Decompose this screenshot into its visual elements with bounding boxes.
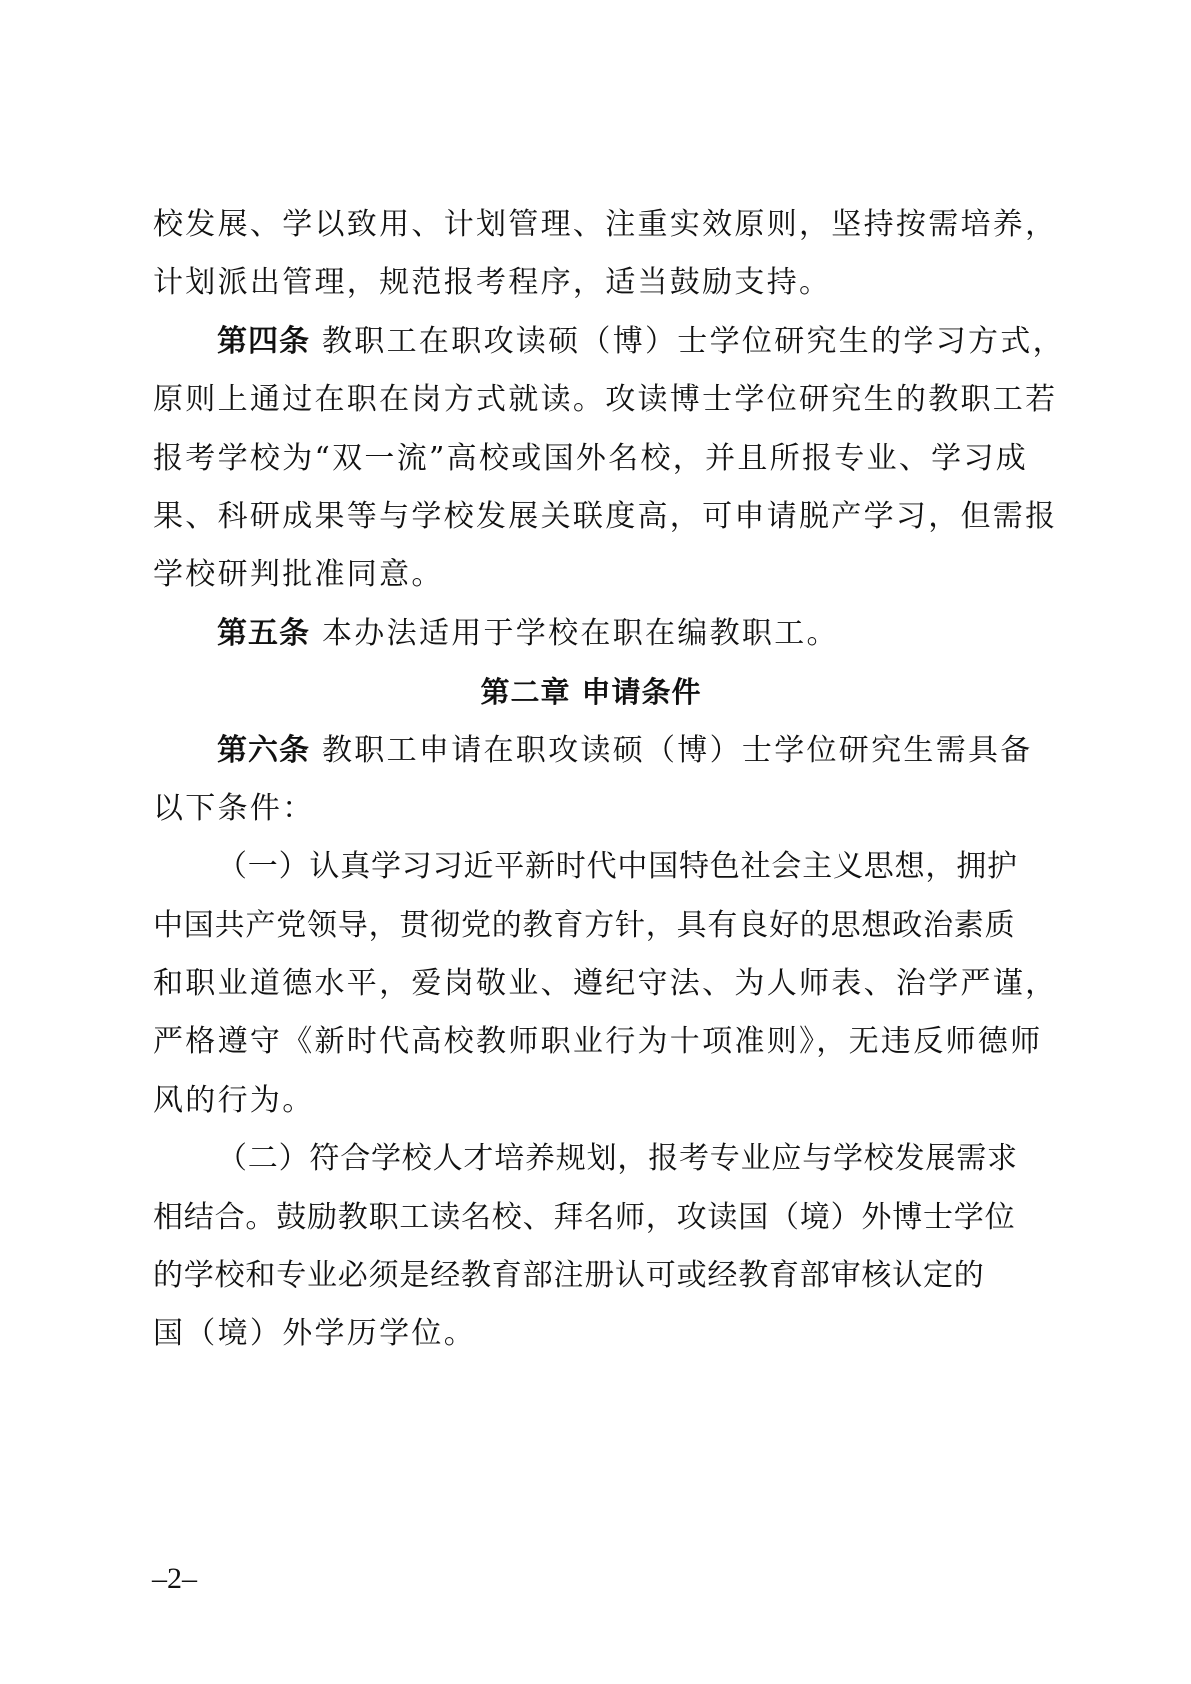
paragraph-line: 果、科研成果等与学校发展关联度高，可申请脱产学习，但需报 [153,488,1033,546]
paragraph-line: 中国共产党领导，贯彻党的教育方针，具有良好的思想政治素质 [153,897,1033,955]
list-item-2: （二）符合学校人才培养规划，报考专业应与学校发展需求 [153,1130,1033,1188]
article-label: 第五条 [217,616,310,651]
paragraph-line: 以下条件： [153,780,1033,838]
paragraph-line: 计划派出管理，规范报考程序，适当鼓励支持。 [153,254,1033,312]
document-page: 校发展、学以致用、计划管理、注重实效原则，坚持按需培养， 计划派出管理，规范报考… [153,196,1033,1364]
article-text: 教职工申请在职攻读硕（博）士学位研究生需具备 [322,733,1033,768]
paragraph-line: 报考学校为“双一流”高校或国外名校，并且所报专业、学习成 [153,430,1033,488]
paragraph-line: 学校研判批准同意。 [153,546,1033,604]
paragraph-line: 严格遵守《新时代高校教师职业行为十项准则》，无违反师德师 [153,1013,1033,1071]
list-item-1: （一）认真学习习近平新时代中国特色社会主义思想，拥护 [153,838,1033,896]
article-label: 第六条 [217,733,310,768]
article-4: 第四条教职工在职攻读硕（博）士学位研究生的学习方式， [153,313,1033,371]
article-6: 第六条教职工申请在职攻读硕（博）士学位研究生需具备 [153,722,1033,780]
paragraph-line: 校发展、学以致用、计划管理、注重实效原则，坚持按需培养， [153,196,1033,254]
paragraph-line: 的学校和专业必须是经教育部注册认可或经教育部审核认定的 [153,1247,1033,1305]
paragraph-line: 风的行为。 [153,1072,1033,1130]
article-5: 第五条本办法适用于学校在职在编教职工。 [153,605,1033,663]
article-label: 第四条 [217,324,310,359]
paragraph-line: 国（境）外学历学位。 [153,1305,1033,1363]
chapter-heading: 第二章 申请条件 [153,663,1033,721]
page-number: –2– [152,1562,197,1596]
article-text: 教职工在职攻读硕（博）士学位研究生的学习方式， [322,324,1065,359]
paragraph-line: 相结合。鼓励教职工读名校、拜名师，攻读国（境）外博士学位 [153,1189,1033,1247]
paragraph-line: 和职业道德水平，爱岗敬业、遵纪守法、为人师表、治学严谨， [153,955,1033,1013]
paragraph-line: 原则上通过在职在岗方式就读。攻读博士学位研究生的教职工若 [153,371,1033,429]
article-text: 本办法适用于学校在职在编教职工。 [322,616,839,651]
